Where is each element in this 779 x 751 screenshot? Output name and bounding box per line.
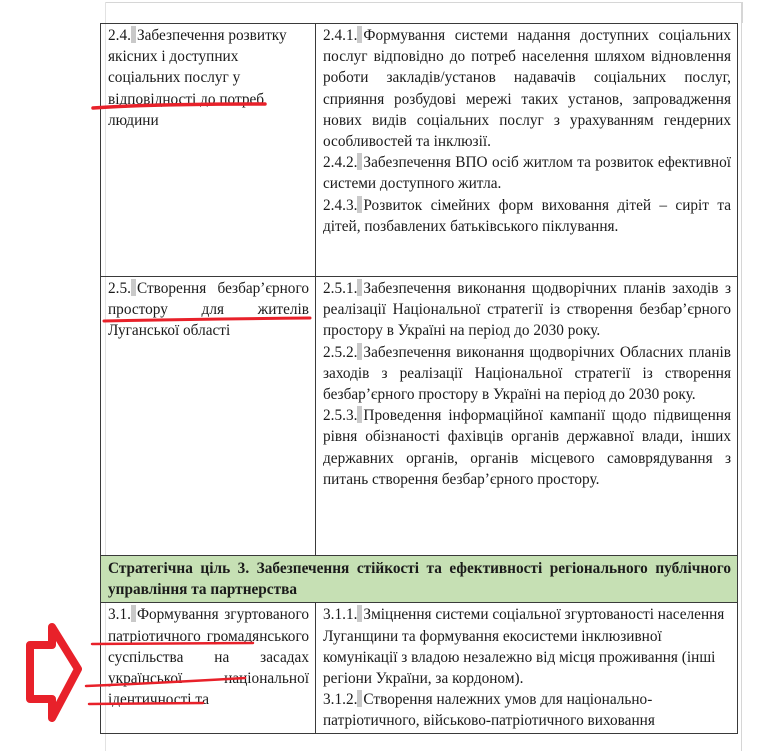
bookmark-marker [357,343,362,360]
task-number: 2.4.3. [323,197,357,214]
bookmark-marker [357,605,362,622]
task-text: Забезпечення виконання щодворічних Облас… [323,344,731,403]
priority-number: 3.1. [108,606,131,623]
task-text: Забезпечення виконання щодворічних плані… [323,280,731,339]
page-frame [105,2,743,23]
task-text: Формування системи надання доступних соц… [323,27,731,150]
bookmark-marker [357,153,362,170]
priority-text: Створення безбар’єрного простору для жит… [108,280,309,339]
task-text: Проведення інформаційної кампанії щодо п… [323,407,731,488]
table-row: 2.4.Забезпечення розвитку якісних і дост… [101,24,738,277]
task-item: 2.4.3.Розвиток сімейних форм виховання д… [323,195,731,237]
table-row: 2.5.Створення безбар’єрного простору для… [101,277,738,556]
task-item: 2.4.2.Забезпечення ВПО осіб житлом та ро… [323,152,731,194]
tasks-cell: 2.5.1.Забезпечення виконання щодворічних… [316,277,738,556]
task-number: 3.1.2. [323,691,357,708]
task-number: 2.5.3. [323,407,357,424]
bookmark-marker [357,196,362,213]
priority-number: 2.4. [108,27,131,44]
bookmark-marker [131,26,136,43]
bookmark-marker [131,605,136,622]
bookmark-marker [357,690,362,707]
task-item: 2.4.1.Формування системи надання доступн… [323,25,731,152]
task-number: 2.5.1. [323,280,357,297]
priority-text: Формування згуртованого патріотичного гр… [108,606,309,708]
bookmark-marker [357,279,362,296]
bookmark-marker [131,279,136,296]
priority-cell: 3.1.Формування згуртованого патріотичног… [101,603,316,733]
strategy-table: 2.4.Забезпечення розвитку якісних і дост… [100,23,738,734]
task-number: 2.4.1. [323,27,357,44]
task-item: 2.5.1.Забезпечення виконання щодворічних… [323,278,731,342]
task-number: 3.1.1. [323,606,357,623]
tasks-cell: 2.4.1.Формування системи надання доступн… [316,24,738,277]
bookmark-marker [357,26,362,43]
strategic-goal-heading: Стратегічна ціль 3. Забезпечення стійкос… [101,556,738,603]
strategic-goal-row: Стратегічна ціль 3. Забезпечення стійкос… [101,556,738,603]
task-text: Розвиток сімейних форм виховання дітей –… [323,197,731,235]
bookmark-marker [357,406,362,423]
arrow-right-icon [30,627,78,718]
task-text: Забезпечення ВПО осіб житлом та розвиток… [323,154,731,192]
task-number: 2.5.2. [323,344,357,361]
priority-cell: 2.5.Створення безбар’єрного простору для… [101,277,316,556]
page-edge-right [741,2,742,751]
task-item: 3.1.1.Зміцнення системи соціальної згурт… [323,604,731,689]
task-text: Зміцнення системи соціальної згуртованос… [323,606,724,687]
task-item: 2.5.3.Проведення інформаційної кампанії … [323,405,731,490]
priority-cell: 2.4.Забезпечення розвитку якісних і дост… [101,24,316,277]
task-item: 3.1.2.Створення належних умов для націон… [323,689,731,731]
priority-number: 2.5. [108,280,131,297]
tasks-cell: 3.1.1.Зміцнення системи соціальної згурт… [316,603,738,733]
task-item: 2.5.2.Забезпечення виконання щодворічних… [323,342,731,406]
task-text: Створення належних умов для національно-… [323,691,655,729]
task-number: 2.4.2. [323,154,357,171]
table-row: 3.1.Формування згуртованого патріотичног… [101,603,738,733]
